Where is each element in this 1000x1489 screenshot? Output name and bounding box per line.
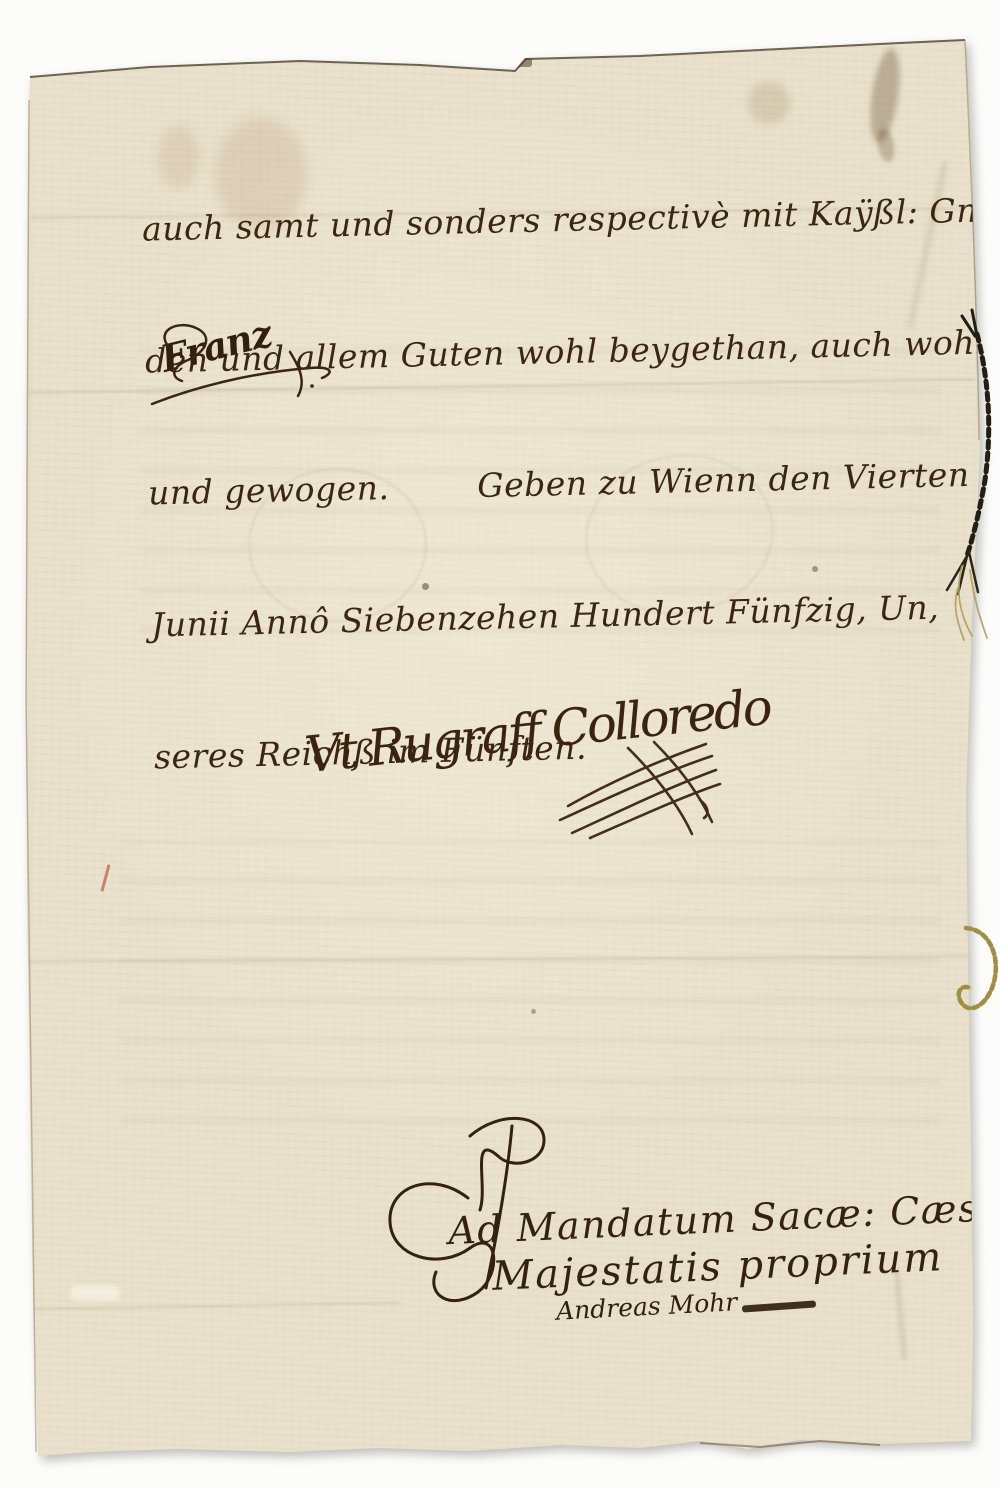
edge-chip bbox=[516, 58, 532, 67]
paper-surface: auch samt und sonders respectivè mit Kaÿ… bbox=[0, 0, 1000, 1489]
pressed-dent bbox=[70, 1285, 120, 1301]
fold-crease bbox=[30, 1302, 400, 1310]
body-line-1: auch samt und sonders respectivè mit Kaÿ… bbox=[142, 189, 983, 252]
body-line-3: und gewogen. Geben zu Wienn den Vierten bbox=[148, 452, 989, 515]
paper-sheet: auch samt und sonders respectivè mit Kaÿ… bbox=[0, 0, 1000, 1489]
body-line-4: Junii Annô Siebenzehen Hundert Fünfzig, … bbox=[151, 584, 992, 647]
edge-crease bbox=[894, 1270, 907, 1360]
signature-dash bbox=[742, 1300, 816, 1312]
red-fiber bbox=[100, 864, 110, 892]
ink-bleedthrough-lower bbox=[120, 840, 940, 1140]
scanned-manuscript-page: auch samt und sonders respectivè mit Kaÿ… bbox=[0, 0, 1000, 1489]
